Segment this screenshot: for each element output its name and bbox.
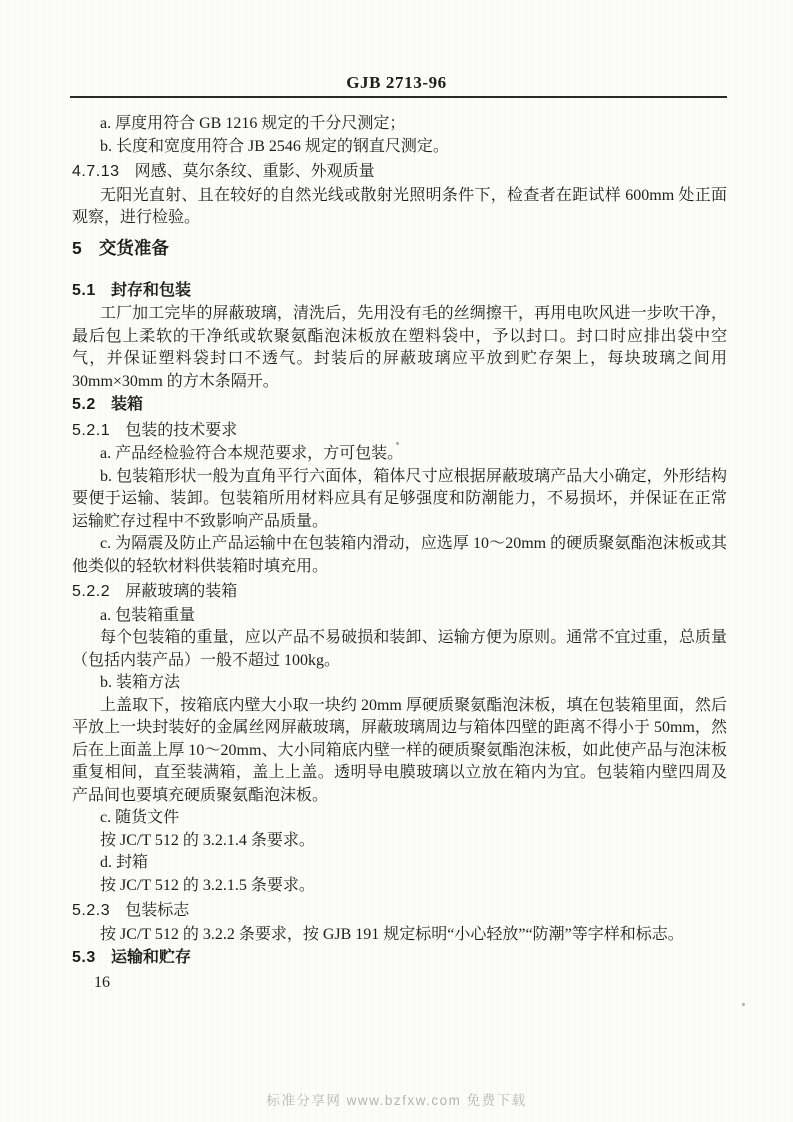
page-number: 16: [94, 972, 727, 995]
para-packing-marks: 按 JC/T 512 的 3.2.2 条要求，按 GJB 191 规定标明“小心…: [72, 924, 727, 947]
clause-number: 5.2.2: [72, 583, 110, 600]
clause-title: 交货准备: [99, 238, 169, 258]
item-c-accompanying-documents: c. 随货文件: [72, 807, 727, 830]
clause-number: 5.2.3: [72, 902, 110, 919]
clause-number: 4.7.13: [72, 163, 119, 180]
clause-heading-5-2-2: 5.2.2屏蔽玻璃的装箱: [72, 581, 727, 604]
clause-title: 包装标志: [125, 902, 189, 919]
clause-heading-5-2-1: 5.2.1包装的技术要求: [72, 420, 727, 443]
clause-heading-5-1: 5.1封存和包装: [72, 280, 727, 303]
para-inspection-conditions: 无阳光直射、且在较好的自然光线或散射光照明条件下，检查者在距试样 600mm 处…: [72, 185, 727, 230]
scan-speck: [396, 442, 399, 445]
clause-number: 5: [72, 238, 82, 258]
para-jct512-3214: 按 JC/T 512 的 3.2.1.4 条要求。: [72, 830, 727, 853]
item-b-box-shape: b. 包装箱形状一般为直角平行六面体，箱体尺寸应根据屏蔽玻璃产品大小确定，外形结…: [72, 466, 727, 534]
para-sealing-packaging: 工厂加工完毕的屏蔽玻璃，清洗后，先用没有毛的丝绸擦干，再用电吹风进一步吹干净，最…: [72, 303, 727, 393]
clause-title: 屏蔽玻璃的装箱: [125, 583, 237, 600]
clause-number: 5.2.1: [72, 422, 110, 439]
item-b-packing-method: b. 装箱方法: [72, 672, 727, 695]
item-a-product-inspection: a. 产品经检验符合本规范要求，方可包装。: [72, 443, 727, 466]
item-a-thickness: a. 厚度用符合 GB 1216 规定的千分尺测定；: [72, 113, 727, 136]
page-header: GJB 2713-96: [0, 0, 793, 98]
watermark: 标准分享网 www.bzfxw.com 免费下载: [0, 1089, 793, 1109]
scan-speck: [742, 1003, 745, 1006]
clause-number: 5.1: [72, 282, 96, 299]
para-packing-method-detail: 上盖取下，按箱底内壁大小取一块约 20mm 厚硬质聚氨酯泡沫板，填在包装箱里面，…: [72, 695, 727, 808]
item-d-box-sealing: d. 封箱: [72, 852, 727, 875]
clause-heading-5-2: 5.2装箱: [72, 394, 727, 417]
clause-title: 运输和贮存: [111, 949, 191, 966]
clause-number: 5.2: [72, 396, 96, 413]
document-page: GJB 2713-96 a. 厚度用符合 GB 1216 规定的千分尺测定； b…: [0, 0, 793, 1122]
item-b-length: b. 长度和宽度用符合 JB 2546 规定的钢直尺测定。: [72, 136, 727, 159]
item-a-box-weight: a. 包装箱重量: [72, 605, 727, 628]
clause-title: 网感、莫尔条纹、重影、外观质量: [135, 163, 375, 180]
document-body: a. 厚度用符合 GB 1216 规定的千分尺测定； b. 长度和宽度用符合 J…: [0, 98, 793, 994]
clause-heading-5-2-3: 5.2.3包装标志: [72, 900, 727, 923]
clause-heading-5-3: 5.3运输和贮存: [72, 947, 727, 970]
clause-title: 封存和包装: [111, 282, 191, 299]
standard-number: GJB 2713-96: [0, 73, 793, 93]
clause-title: 包装的技术要求: [125, 422, 237, 439]
clause-heading-4-7-13: 4.7.13网感、莫尔条纹、重影、外观质量: [72, 161, 727, 184]
clause-title: 装箱: [111, 396, 143, 413]
para-box-weight-detail: 每个包装箱的重量，应以产品不易破损和装卸、运输方便为原则。通常不宜过重，总质量（…: [72, 627, 727, 672]
item-c-shock-protection: c. 为隔震及防止产品运输中在包装箱内滑动，应选厚 10～20mm 的硬质聚氨酯…: [72, 533, 727, 578]
clause-number: 5.3: [72, 949, 96, 966]
clause-heading-5: 5交货准备: [72, 236, 727, 260]
para-jct512-3215: 按 JC/T 512 的 3.2.1.5 条要求。: [72, 875, 727, 898]
